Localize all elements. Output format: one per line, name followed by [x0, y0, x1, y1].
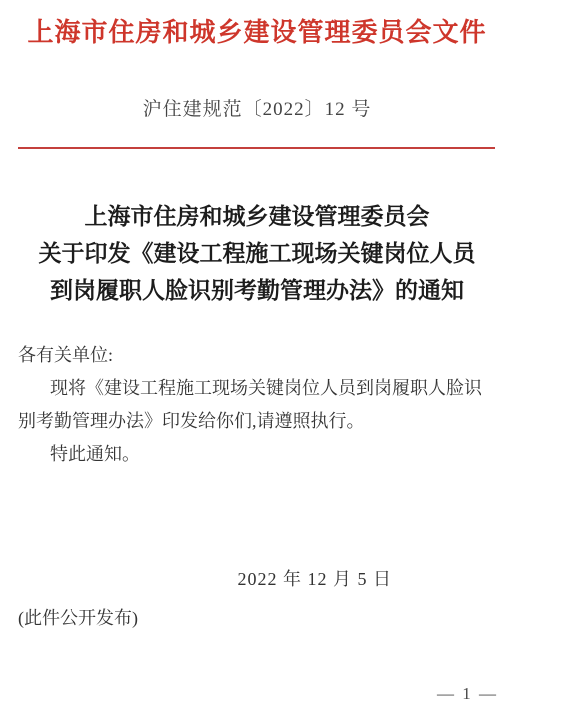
public-release-note: (此件公开发布) — [18, 604, 496, 630]
body-paragraph-line-1: 现将《建设工程施工现场关键岗位人员到岗履职人脸识 — [18, 372, 496, 405]
issue-date: 2022 年 12 月 5 日 — [18, 565, 496, 591]
closing-line: 特此通知。 — [18, 438, 496, 471]
document-header-org-title: 上海市住房和城乡建设管理委员会文件 — [18, 0, 496, 50]
notice-body: 各有关单位: 现将《建设工程施工现场关键岗位人员到岗履职人脸识 别考勤管理办法》… — [18, 339, 496, 471]
content-column: 上海市住房和城乡建设管理委员会文件 沪住建规范〔2022〕12 号 上海市住房和… — [18, 0, 496, 630]
notice-title-line-1: 上海市住房和城乡建设管理委员会 — [18, 198, 496, 235]
notice-title: 上海市住房和城乡建设管理委员会 关于印发《建设工程施工现场关键岗位人员 到岗履职… — [18, 198, 496, 309]
page-number: — 1 — — [437, 684, 498, 704]
document-page: 上海市住房和城乡建设管理委员会文件 沪住建规范〔2022〕12 号 上海市住房和… — [0, 0, 584, 710]
notice-title-line-3: 到岗履职人脸识别考勤管理办法》的通知 — [18, 272, 496, 309]
body-paragraph-line-2: 别考勤管理办法》印发给你们,请遵照执行。 — [18, 405, 496, 438]
salutation: 各有关单位: — [18, 339, 496, 372]
document-number: 沪住建规范〔2022〕12 号 — [18, 94, 496, 121]
notice-title-line-2: 关于印发《建设工程施工现场关键岗位人员 — [18, 235, 496, 272]
red-divider-rule — [18, 147, 495, 149]
